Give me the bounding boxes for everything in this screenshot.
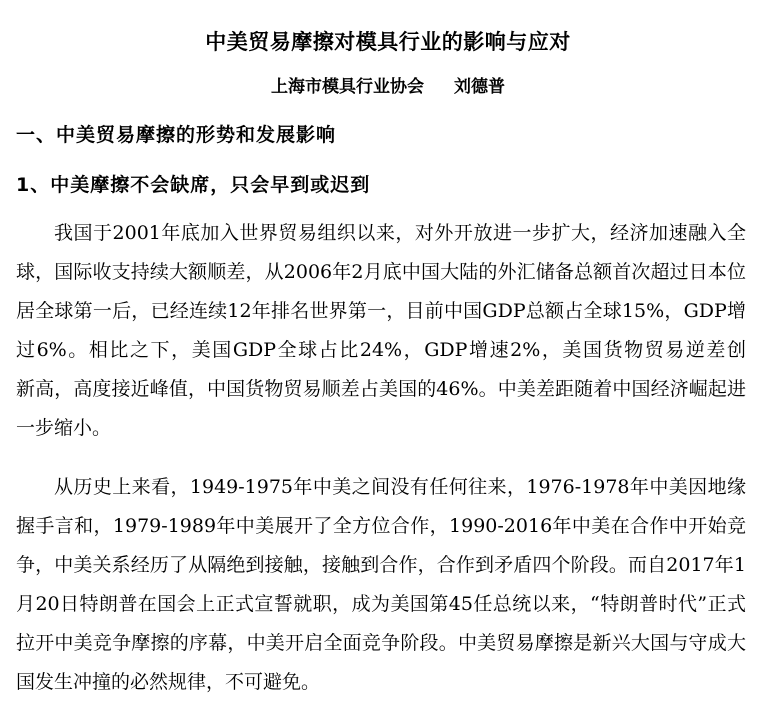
paragraph-line: 过6%。相比之下，美国GDP全球占比24%，GDP增速2%，美国货物贸易逆差创2… (16, 331, 746, 370)
subsection-heading: 1、中美摩擦不会缺席，只会早到或迟到 (16, 170, 370, 200)
paragraph-line: 国发生冲撞的必然规律，不可避免。 (16, 663, 746, 702)
section-heading: 一、中美贸易摩擦的形势和发展影响 (16, 120, 336, 150)
paragraph-line: 从历史上来看，1949-1975年中美之间没有任何往来，1976-1978年中美… (16, 468, 746, 507)
paragraph-line: 拉开中美竞争摩擦的序幕，中美开启全面竞争阶段。中美贸易摩擦是新兴大国与守成大 (16, 624, 746, 663)
author-line: 上海市模具行业协会刘德普 (0, 74, 776, 100)
author-name: 刘德普 (454, 77, 505, 97)
paragraph-line: 球，国际收支持续大额顺差，从2006年2月底中国大陆的外汇储备总额首次超过日本位 (16, 253, 746, 292)
paragraph-line: 一步缩小。 (16, 409, 746, 448)
document-title: 中美贸易摩擦对模具行业的影响与应对 (0, 28, 776, 56)
paragraph-line: 我国于2001年底加入世界贸易组织以来，对外开放进一步扩大，经济加速融入全 (16, 214, 746, 253)
paragraph-line: 新高，高度接近峰值，中国货物贸易顺差占美国的46%。中美差距随着中国经济崛起进 (16, 370, 746, 409)
paragraph-line: 月20日特朗普在国会上正式宣誓就职，成为美国第45任总统以来，“特朗普时代”正式 (16, 585, 746, 624)
author-organization: 上海市模具行业协会 (271, 77, 424, 97)
paragraph-line: 握手言和，1979-1989年中美展开了全方位合作，1990-2016年中美在合… (16, 507, 746, 546)
paragraph-line: 争，中美关系经历了从隔绝到接触，接触到合作，合作到矛盾四个阶段。而自2017年1 (16, 546, 746, 585)
paragraph-line: 居全球第一后，已经连续12年排名世界第一，目前中国GDP总额占全球15%，GDP… (16, 292, 746, 331)
document-page: 中美贸易摩擦对模具行业的影响与应对 上海市模具行业协会刘德普 一、中美贸易摩擦的… (0, 0, 776, 702)
body-paragraph-2: 从历史上来看，1949-1975年中美之间没有任何往来，1976-1978年中美… (16, 468, 746, 702)
body-paragraph-1: 我国于2001年底加入世界贸易组织以来，对外开放进一步扩大，经济加速融入全 球，… (16, 214, 746, 448)
